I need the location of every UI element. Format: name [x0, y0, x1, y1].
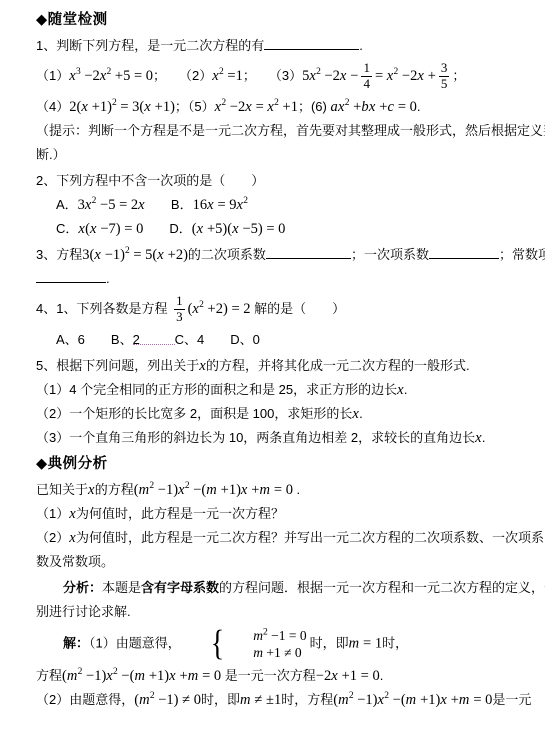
- text-run: （4）: [36, 99, 69, 114]
- text-run: .: [106, 271, 110, 286]
- math-run: x2 =1: [212, 68, 243, 84]
- text-run: ◆随堂检测: [36, 12, 108, 28]
- q1-stem: 1、判断下列方程，是一元二次方程的有.: [36, 34, 539, 58]
- analysis-line2: 别进行讨论求解.: [36, 600, 539, 624]
- left-brace: {: [184, 628, 224, 659]
- text-run: 2、下列方程中不含一次项的是（ ）: [36, 173, 264, 188]
- section-heading-example-analysis: ◆典例分析: [36, 452, 539, 476]
- document-body: ◆随堂检测1、判断下列方程，是一元二次方程的有.（1）x3 −2x2 +5 = …: [36, 8, 539, 712]
- text-run: 别进行讨论求解.: [36, 604, 131, 619]
- text-run: 时，即: [310, 635, 349, 650]
- example-part2-line2: 数及常数项。: [36, 550, 539, 574]
- math-run: (x +5)(x −5) = 0: [192, 221, 286, 237]
- answer-blank: [36, 269, 106, 283]
- answer-blank: [266, 245, 351, 259]
- q1-equations-row2: （4）2(x +1)2 = 3(x +1)；（5）x2 −2x = x2 +1；…: [36, 95, 539, 119]
- math-run: 3(x −1)2 = 5(x +2): [82, 247, 188, 263]
- solution-step1-conclusion: 方程(m2 −1)x2 −(m +1)x +m = 0 是一元一次方程−2x +…: [36, 664, 539, 688]
- text-run: 为何值时，此方程是一元一次方程？: [76, 506, 284, 521]
- analysis-line1: 分析：本题是含有字母系数的方程问题．根据一元一次方程和一元二次方程的定义，分: [36, 576, 539, 600]
- math-run: = x2 −2x +: [375, 68, 436, 84]
- q1-hint-line1: （提示：判断一个方程是不是一元二次方程，首先要对其整理成一般形式，然后根据定义判: [36, 119, 539, 143]
- answer-blank: [264, 36, 359, 50]
- text-run: 4、1、下列各数是方程: [36, 301, 171, 316]
- q4-stem: 4、1、下列各数是方程 13(x2 +2) = 2 解的是（ ）: [36, 294, 539, 325]
- q5-item1: （1）4 个完全相同的正方形的面积之和是 25，求正方形的边长x.: [36, 378, 539, 402]
- text-run: （提示：判断一个方程是不是一元二次方程，首先要对其整理成一般形式，然后根据定义判: [36, 123, 545, 138]
- text-run: 时，即: [201, 692, 240, 707]
- section-heading-classroom-check: ◆随堂检测: [36, 8, 539, 32]
- text-run: A、6 B、: [56, 332, 133, 347]
- fraction-denominator: 3: [174, 310, 185, 325]
- math-run: x(x −7) = 0: [78, 221, 143, 237]
- math-run: x: [475, 430, 482, 446]
- fraction: 14: [361, 61, 372, 92]
- text-run: 本题是: [102, 580, 141, 595]
- math-run: x: [199, 358, 206, 374]
- math-run: 5x2 −2x −: [302, 68, 358, 84]
- math-run: (m2 −1)x2 −(m +1)x +m = 0: [333, 692, 492, 708]
- fraction-numerator: 1: [174, 294, 185, 310]
- dotted-underline-text: 2: [133, 328, 175, 345]
- equation-system-row: m +1 ≠ 0: [226, 644, 306, 661]
- text-run: .: [380, 668, 384, 683]
- text-run: （2）由题意得，: [36, 692, 134, 707]
- math-run: 16x = 9x2: [193, 197, 248, 213]
- text-run: 是一元一次方程: [221, 668, 316, 683]
- equation-system: {m2 −1 = 0m +1 ≠ 0: [184, 627, 307, 661]
- text-run: 方程: [36, 668, 62, 683]
- text-run: .: [359, 38, 363, 53]
- text-run: 1、判断下列方程，是一元二次方程的有: [36, 38, 264, 53]
- text-run: ； （3）: [243, 68, 302, 83]
- q1-hint-line2: 断.）: [36, 143, 539, 167]
- text-run: （2）一个矩形的长比宽多 2，面积是 100，求矩形的长: [36, 406, 352, 421]
- text-run: （1）: [36, 68, 69, 83]
- q4-options: A、6 B、2C、4 D、0: [36, 328, 539, 352]
- fraction-denominator: 5: [439, 77, 450, 92]
- math-run: x: [397, 382, 404, 398]
- text-run: .: [417, 99, 421, 114]
- math-run: 2(x +1)2 = 3(x +1): [69, 99, 175, 115]
- fraction-denominator: 4: [361, 77, 372, 92]
- text-run: .: [404, 382, 408, 397]
- example-given: 已知关于x的方程(m2 −1)x2 −(m +1)x +m = 0 .: [36, 478, 539, 502]
- text-run: ；常数项: [499, 247, 545, 262]
- bold-text-run: 含有字母系数: [141, 580, 219, 595]
- solution-step2: （2）由题意得，(m2 −1) ≠ 0时，即m ≠ ±1时，方程(m2 −1)x…: [36, 688, 539, 712]
- math-run: 3x2 −5 = 2x: [78, 197, 145, 213]
- math-run: (x2 +2) = 2: [188, 301, 251, 317]
- q2-stem: 2、下列方程中不含一次项的是（ ）: [36, 169, 539, 193]
- text-run: A．: [56, 197, 78, 212]
- text-run: （1）: [36, 506, 69, 521]
- math-run: m = 1: [349, 635, 382, 651]
- fraction: 13: [174, 294, 185, 325]
- example-part1: （1）x为何值时，此方程是一元一次方程？: [36, 502, 539, 526]
- worksheet-page: ◆随堂检测1、判断下列方程，是一元二次方程的有.（1）x3 −2x2 +5 = …: [0, 0, 545, 737]
- q3-stem-line2: .: [36, 267, 539, 291]
- text-run: ；一次项系数: [351, 247, 429, 262]
- q5-item3: （3）一个直角三角形的斜边长为 10，两条直角边相差 2，求较长的直角边长x.: [36, 426, 539, 450]
- math-run: (m2 −1)x2 −(m +1)x +m = 0: [134, 482, 293, 498]
- math-run: x2 −2x = x2 +1: [215, 99, 298, 115]
- equation-system-rows: m2 −1 = 0m +1 ≠ 0: [226, 627, 306, 661]
- example-part2-line1: （2）x为何值时，此方程是一元二次方程？并写出一元二次方程的二次项系数、一次项系: [36, 526, 539, 550]
- text-run: C．: [56, 221, 78, 236]
- q2-options-row2: C．x(x −7) = 0 D．(x +5)(x −5) = 0: [36, 217, 539, 241]
- fraction: 35: [439, 61, 450, 92]
- text-run: .: [482, 430, 486, 445]
- text-run: ；（5）: [175, 99, 215, 114]
- math-run: x: [69, 530, 76, 546]
- text-run: （3）一个直角三角形的斜边长为 10，两条直角边相差 2，求较长的直角边长: [36, 430, 475, 445]
- text-run: 时，方程: [281, 692, 333, 707]
- text-run: ◆典例分析: [36, 456, 108, 472]
- fraction-numerator: 3: [439, 61, 450, 77]
- math-run: ax2 +bx +c = 0: [330, 99, 416, 115]
- text-run: ；: [452, 68, 465, 83]
- text-run: .: [293, 482, 300, 497]
- math-run: (m2 −1) ≠ 0: [134, 692, 201, 708]
- q5-stem: 5、根据下列问题，列出关于x的方程，并将其化成一元二次方程的一般形式.: [36, 354, 539, 378]
- text-run: 时，: [382, 635, 408, 650]
- math-run: m ≠ ±1: [240, 692, 281, 708]
- answer-blank: [429, 245, 499, 259]
- text-run: ； （2）: [153, 68, 212, 83]
- bold-text-run: 解：: [63, 635, 89, 650]
- text-run: C、4 D、0: [175, 332, 260, 347]
- text-run: 的方程问题．根据一元一次方程和一元二次方程的定义，分: [219, 580, 545, 595]
- text-run: （1）4 个完全相同的正方形的面积之和是 25，求正方形的边长: [36, 382, 397, 397]
- bold-text-run: 分析：: [63, 580, 102, 595]
- text-run: 的方程: [95, 482, 134, 497]
- text-run: .: [359, 406, 363, 421]
- text-run: （1）由题意得，: [89, 635, 181, 650]
- text-run: 断.）: [36, 147, 66, 162]
- q3-stem-line1: 3、方程3(x −1)2 = 5(x +2)的二次项系数；一次项系数；常数项: [36, 243, 539, 267]
- math-run: x3 −2x2 +5 = 0: [69, 68, 153, 84]
- math-run: (m2 −1)x2 −(m +1)x +m = 0: [62, 668, 221, 684]
- text-run: B．: [145, 197, 193, 212]
- text-run: 是一元: [492, 692, 531, 707]
- text-run: 为何值时，此方程是一元二次方程？并写出一元二次方程的二次项系数、一次项系: [76, 530, 544, 545]
- text-run: 的二次项系数: [188, 247, 266, 262]
- text-run: 3、方程: [36, 247, 82, 262]
- text-run: 5、根据下列问题，列出关于: [36, 358, 199, 373]
- fraction-numerator: 1: [361, 61, 372, 77]
- equation-system-row: m2 −1 = 0: [226, 627, 306, 644]
- math-run: x: [69, 506, 76, 522]
- text-run: 已知关于: [36, 482, 88, 497]
- solution-step1: 解：（1）由题意得，{m2 −1 = 0m +1 ≠ 0时，即m = 1时，: [36, 627, 539, 661]
- text-run: 的方程，并将其化成一元二次方程的一般形式.: [206, 358, 470, 373]
- text-run: ；(6): [298, 99, 331, 114]
- q5-item2: （2）一个矩形的长比宽多 2，面积是 100，求矩形的长x.: [36, 402, 539, 426]
- text-run: D．: [143, 221, 191, 236]
- text-run: 数及常数项。: [36, 554, 114, 569]
- q1-equations-row1: （1）x3 −2x2 +5 = 0； （2）x2 =1； （3）5x2 −2x …: [36, 61, 539, 92]
- q2-options-row1: A．3x2 −5 = 2x B．16x = 9x2: [36, 193, 539, 217]
- math-run: −2x +1 = 0: [316, 668, 380, 684]
- text-run: 解的是（ ）: [251, 301, 346, 316]
- math-run: x: [88, 482, 95, 498]
- text-run: （2）: [36, 530, 69, 545]
